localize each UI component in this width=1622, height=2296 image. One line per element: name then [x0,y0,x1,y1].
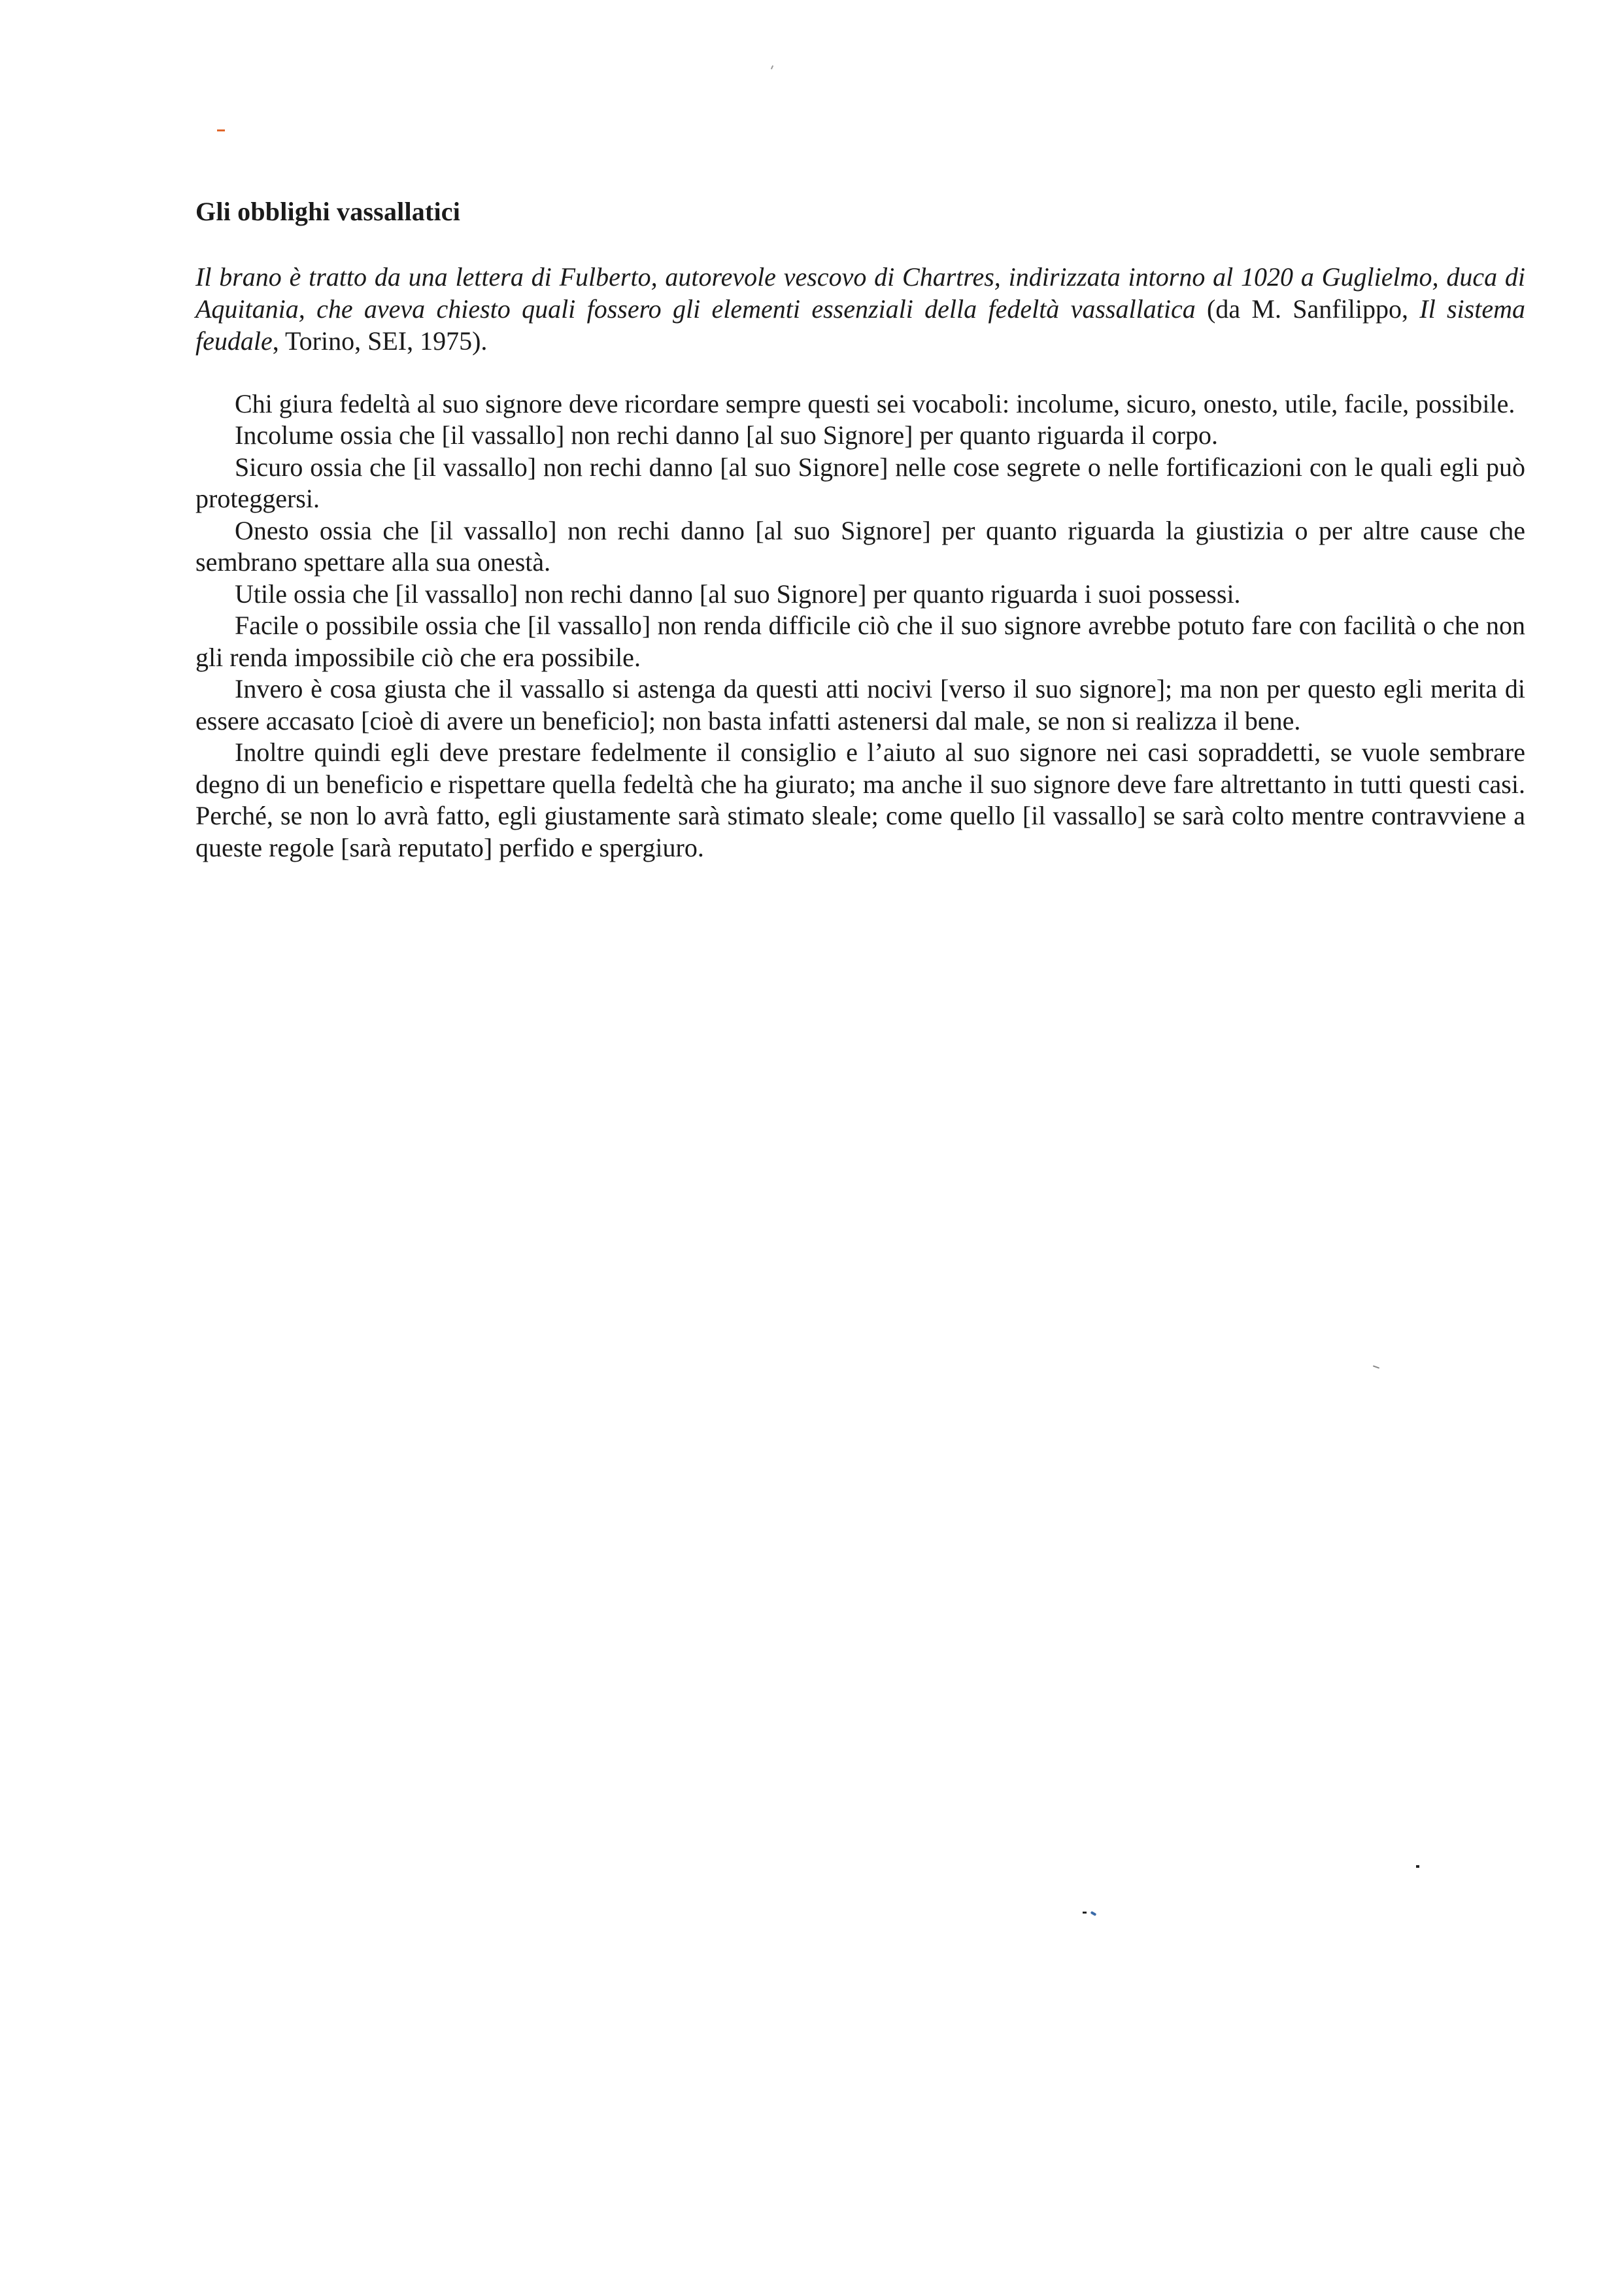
document-body: Gli obblighi vassallatici Il brano è tra… [195,196,1525,864]
document-title: Gli obblighi vassallatici [195,196,1525,228]
scan-speck [771,65,773,69]
scan-speck [1083,1912,1087,1914]
scan-speck [1373,1365,1379,1368]
intro-source-suffix: , Torino, SEI, 1975). [273,326,488,356]
intro-note: Il brano è tratto da una lettera di Fulb… [195,261,1525,357]
scan-speck [1416,1865,1419,1868]
paragraph-onesto: Onesto ossia che [il vassallo] non rechi… [195,515,1525,579]
scanned-page: Gli obblighi vassallatici Il brano è tra… [0,0,1622,2296]
paragraph-inoltre: Inoltre quindi egli deve prestare fedelm… [195,737,1525,864]
scan-speck-blue [1090,1911,1097,1916]
paragraph-intro-six-words: Chi giura fedeltà al suo signore deve ri… [195,388,1525,420]
paragraph-sicuro: Sicuro ossia che [il vassallo] non rechi… [195,452,1525,515]
paragraph-invero: Invero è cosa giusta che il vassallo si … [195,673,1525,737]
intro-source-prefix: (da M. Sanfilippo, [1196,294,1420,324]
paragraph-incolume: Incolume ossia che [il vassallo] non rec… [195,420,1525,452]
scan-speck-orange [217,129,225,131]
paragraph-facile-possibile: Facile o possibile ossia che [il vassall… [195,610,1525,673]
paragraph-utile: Utile ossia che [il vassallo] non rechi … [195,579,1525,611]
